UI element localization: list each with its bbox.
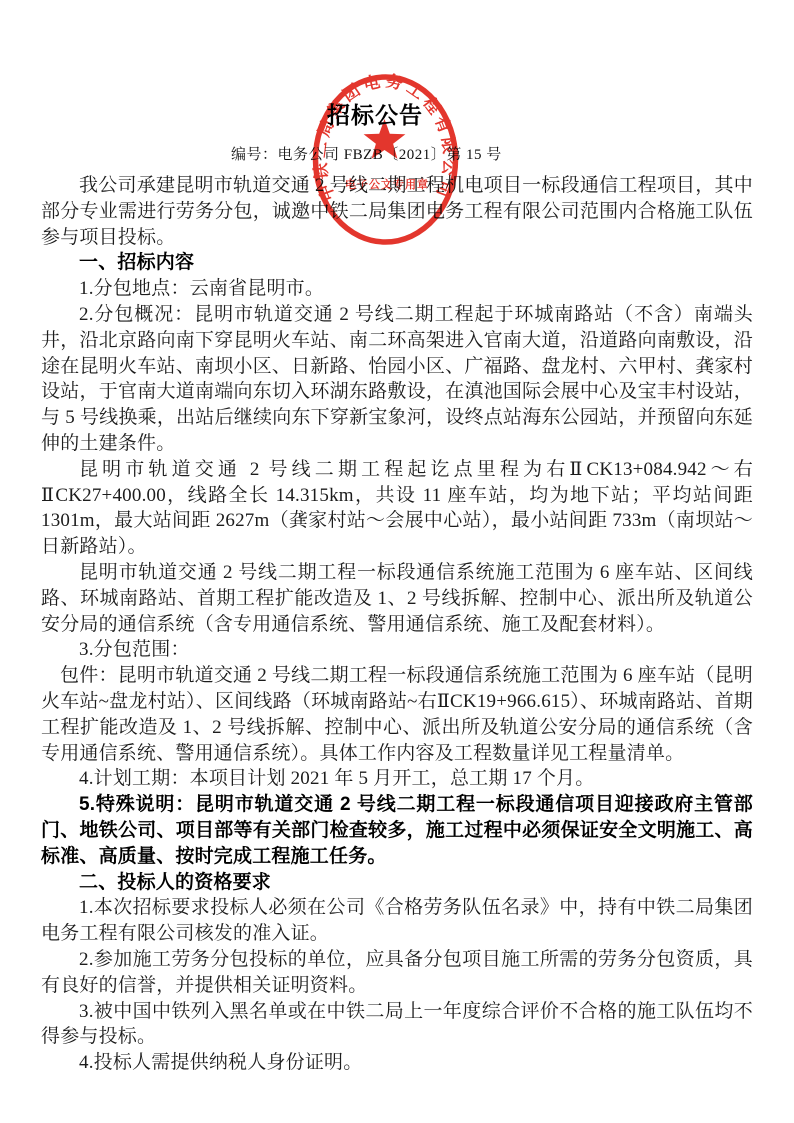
document-body: 我公司承建昆明市轨道交通 2 号线二期工程机电项目一标段通信工程项目，其中部分专… <box>41 173 753 1076</box>
section-1-paragraph-2: 2.分包概况：昆明市轨道交通 2 号线二期工程起于环城南路站（不含）南端头井，沿… <box>41 302 753 457</box>
section-1-paragraph-8-special-note: 5.特殊说明：昆明市轨道交通 2 号线二期工程一标段通信项目迎接政府主管部门、地… <box>41 792 753 869</box>
section-2-paragraph-1: 1.本次招标要求投标人必须在公司《合格劳务队伍名录》中，持有中铁二局集团电务工程… <box>41 895 753 947</box>
section-2-paragraph-2: 2.参加施工劳务分包投标的单位，应具备分包项目施工所需的劳务分包资质，具有良好的… <box>41 947 753 999</box>
doc-number: 编号：电务公司 FBZB〔2021〕第 15 号 <box>231 143 753 164</box>
section-2-paragraph-4: 4.投标人需提供纳税人身份证明。 <box>41 1050 753 1076</box>
section-1-paragraph-4: 昆明市轨道交通 2 号线二期工程一标段通信系统施工范围为 6 座车站、区间线路、… <box>41 560 753 637</box>
section-1-paragraph-7: 4.计划工期：本项目计划 2021 年 5 月开工，总工期 17 个月。 <box>41 766 753 792</box>
section-1-heading: 一、招标内容 <box>41 250 753 276</box>
document-title: 招标公告 <box>327 97 423 130</box>
section-1-paragraph-1: 1.分包地点：云南省昆明市。 <box>41 276 753 302</box>
document-page: 中铁二局集团电务工程有限公司 电子公文专用章 招标公告 编号：电务公司 FBZB… <box>0 0 794 1123</box>
document-content: 招标公告 编号：电务公司 FBZB〔2021〕第 15 号 我公司承建昆明市轨道… <box>0 0 794 1076</box>
section-1-paragraph-5: 3.分包范围： <box>41 637 753 663</box>
title-row: 招标公告 <box>41 97 753 130</box>
section-1-paragraph-3: 昆明市轨道交通 2 号线二期工程起讫点里程为右ⅡCK13+084.942～右ⅡC… <box>41 457 753 560</box>
intro-paragraph: 我公司承建昆明市轨道交通 2 号线二期工程机电项目一标段通信工程项目，其中部分专… <box>41 173 753 250</box>
section-2-heading: 二、投标人的资格要求 <box>41 870 753 896</box>
section-2-paragraph-3: 3.被中国中铁列入黑名单或在中铁二局上一年度综合评价不合格的施工队伍均不得参与投… <box>41 999 753 1051</box>
section-1-paragraph-6: 包件：昆明市轨道交通 2 号线二期工程一标段通信系统施工范围为 6 座车站（昆明… <box>41 663 753 766</box>
